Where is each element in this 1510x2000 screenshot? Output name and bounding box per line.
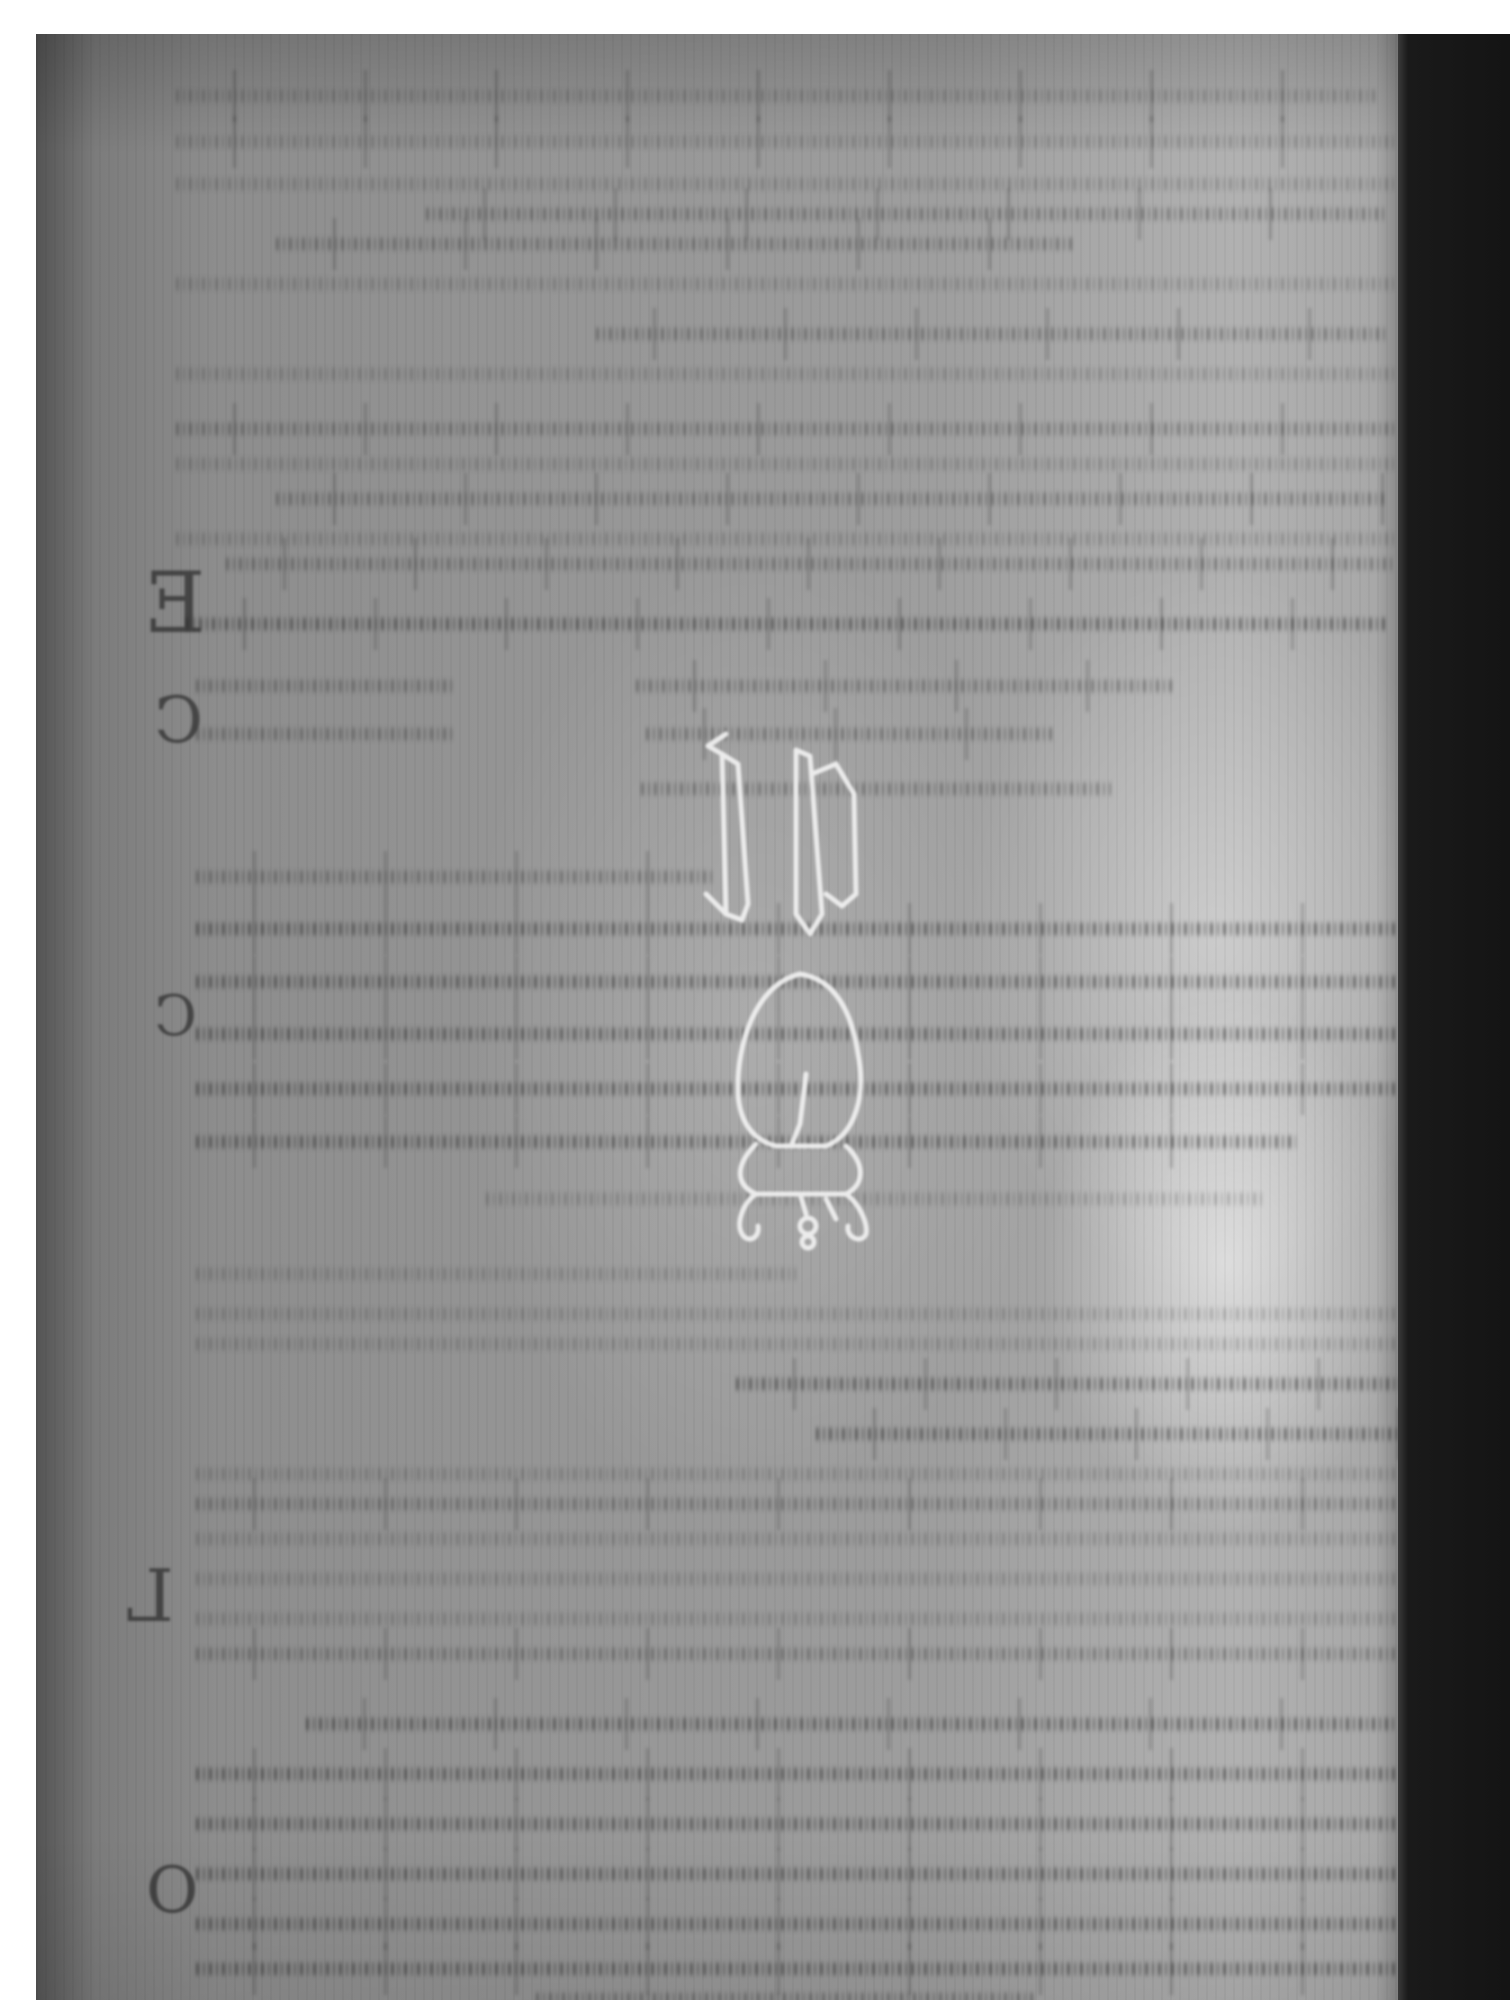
manuscript-photograph: E C C L O (36, 34, 1510, 2000)
decorated-initial: C (154, 984, 197, 1049)
decorated-initial: E (144, 554, 205, 652)
mirrored-handwriting: E C C L O (36, 34, 1398, 2000)
watermark-icon (36, 34, 1398, 2000)
dark-background-edge (1398, 34, 1510, 2000)
watermark (36, 34, 1398, 2000)
decorated-initial: L (126, 1554, 174, 1638)
manuscript-leaf: E C C L O (36, 34, 1398, 2000)
decorated-initial: O (146, 1854, 198, 1928)
decorated-initial: C (154, 684, 203, 758)
